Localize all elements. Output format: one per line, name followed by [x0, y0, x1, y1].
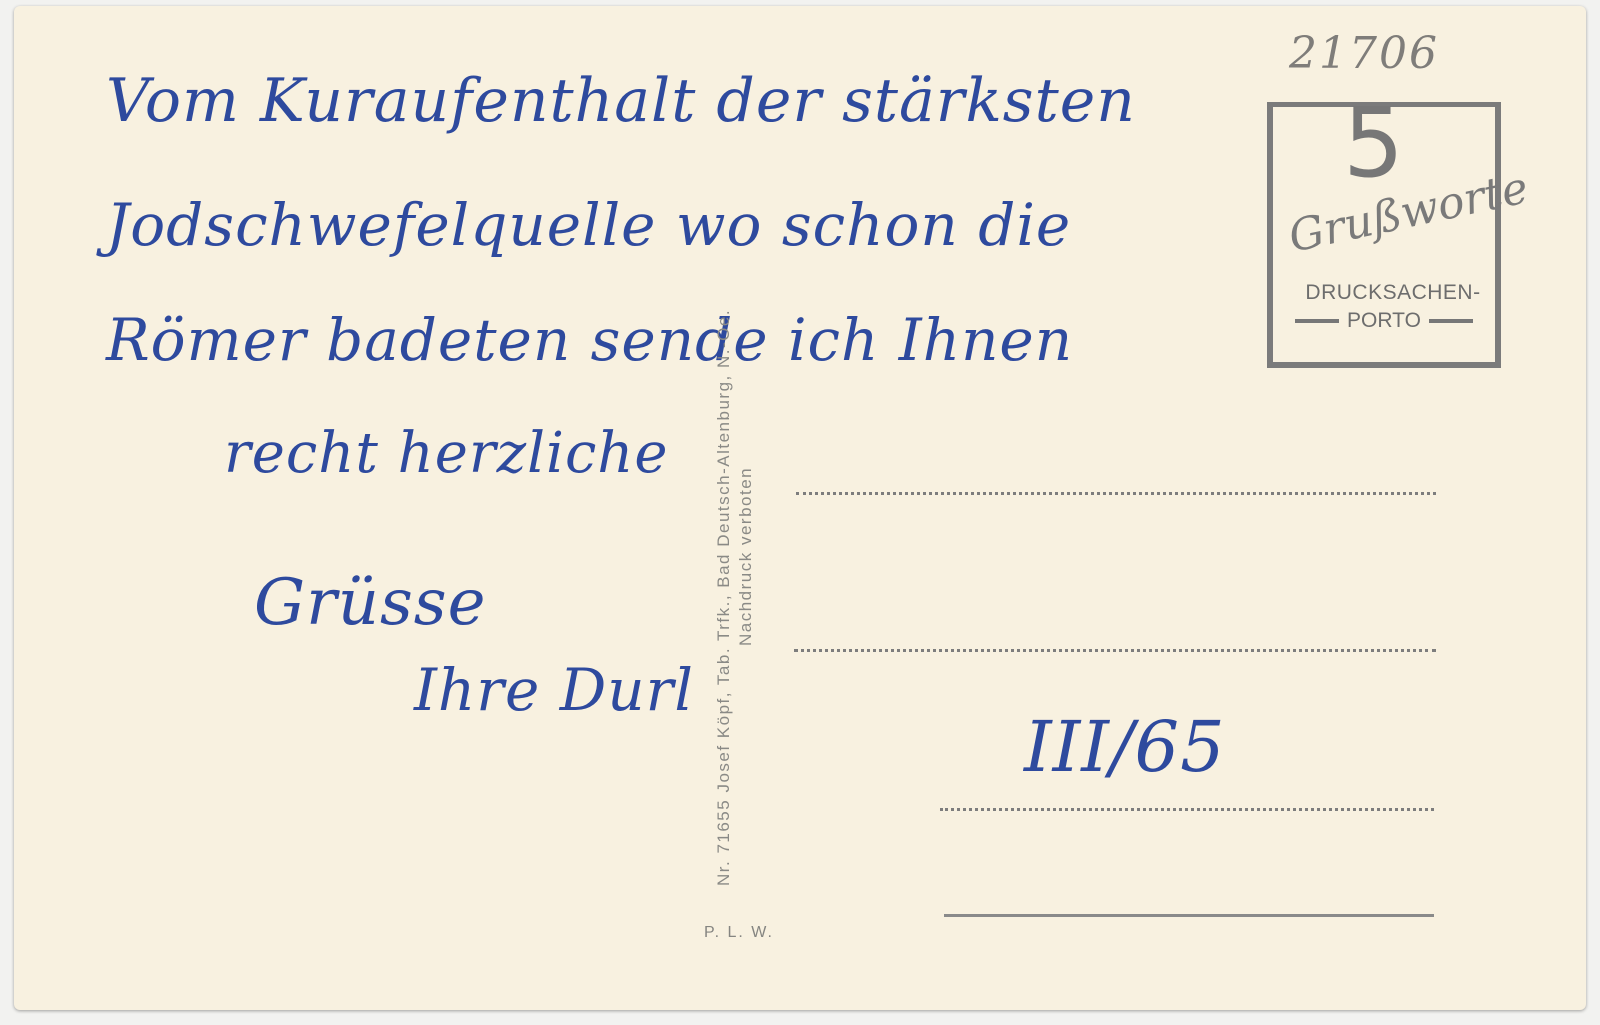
- address-line-2: [794, 649, 1436, 652]
- address-line-4: [944, 914, 1434, 917]
- address-line-3: [940, 808, 1434, 811]
- date-note: III/65: [1024, 706, 1226, 788]
- message-line-2: Jodschwefelquelle wo schon die: [106, 191, 1071, 259]
- archive-number: 21706: [1289, 28, 1439, 79]
- stamp-line-1: DRUCKSACHEN-: [1279, 281, 1507, 305]
- publisher-mark: P. L. W.: [704, 924, 774, 942]
- stamp-value: 5: [1343, 87, 1404, 199]
- message-line-5: Grüsse: [254, 566, 487, 640]
- postcard-back: 21706 5 Grußworte DRUCKSACHEN- PORTO Vom…: [14, 6, 1586, 1010]
- signature: Ihre Durl: [414, 656, 694, 724]
- message-line-4: recht herzliche: [224, 421, 669, 486]
- stamp-porto-text: PORTO: [1347, 309, 1421, 332]
- message-line-1: Vom Kuraufenthalt der stärksten: [106, 66, 1136, 136]
- postage-stamp-box: 5 Grußworte DRUCKSACHEN- PORTO: [1267, 102, 1501, 368]
- imprint-line-1: Nr. 71655 Josef Köpf, Tab. Trfk., Bad De…: [714, 309, 734, 886]
- message-line-3: Römer badeten sende ich Ihnen: [106, 306, 1073, 374]
- address-line-1: [796, 492, 1436, 495]
- imprint-line-2: Nachdruck verboten: [736, 467, 756, 646]
- stamp-script: Grußworte: [1284, 162, 1532, 262]
- stamp-line-2: PORTO: [1273, 309, 1495, 333]
